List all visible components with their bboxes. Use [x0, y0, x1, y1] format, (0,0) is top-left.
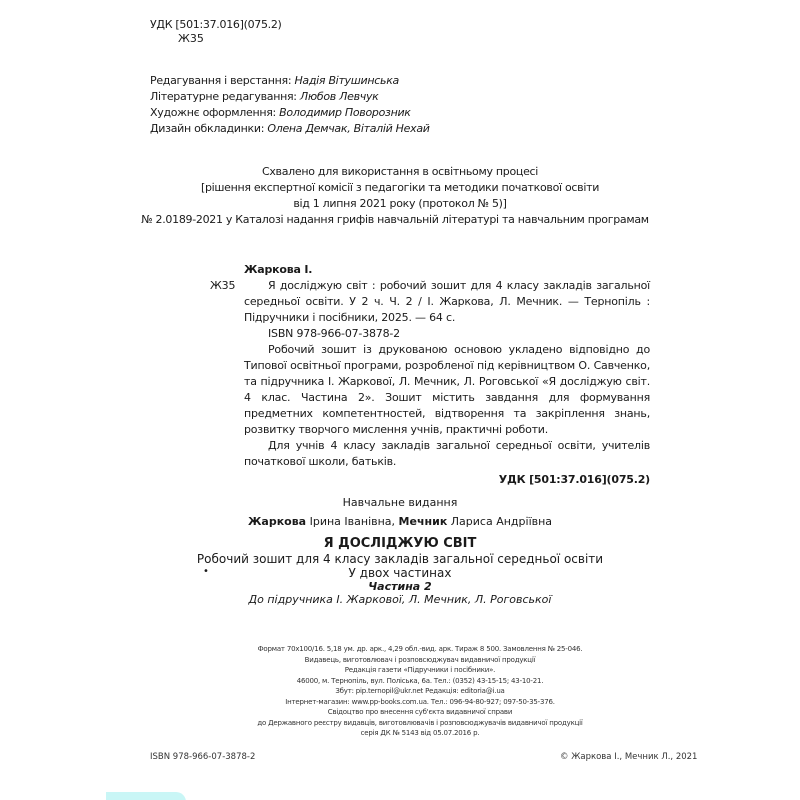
credit-role: Редагування і верстання: — [150, 74, 291, 87]
bib-audience-row: Для учнів 4 класу закладів загальної сер… — [210, 438, 650, 470]
bib-audience: Для учнів 4 класу закладів загальної сер… — [244, 438, 650, 470]
author2-name: Лариса Андріївна — [447, 515, 552, 528]
imprint-line: 46000, м. Тернопіль, вул. Поліська, 6а. … — [200, 676, 640, 687]
credit-role: Літературне редагування: — [150, 90, 297, 103]
credit-name: Володимир Поворозник — [279, 106, 410, 119]
credit-name: Надія Вітушинська — [294, 74, 399, 87]
footer-isbn: ISBN 978-966-07-3878-2 — [150, 752, 255, 762]
credit-editing: Редагування і верстання: Надія Вітушинсь… — [150, 73, 430, 89]
imprint-line: Інтернет-магазин: www.pp-books.com.ua. Т… — [200, 697, 640, 708]
imprint-line: до Державного реєстру видавців, виготовл… — [200, 718, 640, 729]
bib-annotation-row: Робочий зошит із друкованою основою укла… — [210, 342, 650, 438]
author1-name: Ірина Іванівна, — [306, 515, 398, 528]
bibliographic-record: Жаркова І. Ж35 Я досліджую світ : робочи… — [210, 262, 650, 488]
credit-role: Художнє оформлення: — [150, 106, 276, 119]
imprint-line: Збут: pip.ternopil@ukr.net Редакція: edi… — [200, 686, 640, 697]
footer-copyright: © Жаркова І., Мечник Л., 2021 — [560, 752, 697, 762]
edition-authors: Жаркова Ірина Іванівна, Мечник Лариса Ан… — [150, 515, 650, 528]
author2-surname: Мечник — [399, 515, 448, 528]
bib-udk: УДК [501:37.016](075.2) — [210, 472, 650, 488]
imprint-line: Свідоцтво про внесення суб'єкта видавнич… — [200, 707, 640, 718]
imprint-block: Формат 70x100/16. 5,18 ум. др. арк., 4,2… — [200, 644, 640, 739]
bib-author: Жаркова І. — [244, 262, 650, 278]
imprint-line: Формат 70x100/16. 5,18 ум. др. арк., 4,2… — [200, 644, 640, 655]
credit-role: Дизайн обкладинки: — [150, 122, 264, 135]
bib-isbn: ISBN 978-966-07-3878-2 — [210, 326, 650, 342]
author1-surname: Жаркова — [248, 515, 306, 528]
approval-block: Схвалено для використання в освітньому п… — [150, 164, 650, 228]
edition-kind: Навчальне видання — [150, 496, 650, 509]
edition-part: Частина 2 — [150, 580, 650, 593]
edition-parts: У двох частинах — [150, 566, 650, 580]
edition-title: Я ДОСЛІДЖУЮ СВІТ — [150, 536, 650, 551]
edition-textbook-ref: До підручника І. Жаркової, Л. Мечник, Л.… — [150, 593, 650, 606]
imprint-line: Редакція газети «Підручники і посібники»… — [200, 665, 640, 676]
credit-literary-editing: Літературне редагування: Любов Левчук — [150, 89, 430, 105]
credit-name: Любов Левчук — [300, 90, 379, 103]
bib-description-row: Ж35 Я досліджую світ : робочий зошит для… — [210, 278, 650, 326]
approval-line: від 1 липня 2021 року (протокол № 5)] — [150, 196, 650, 212]
credit-cover-design: Дизайн обкладинки: Олена Демчак, Віталій… — [150, 121, 430, 137]
bib-annotation: Робочий зошит із друкованою основою укла… — [244, 342, 650, 438]
approval-catalog-line: № 2.0189-2021 у Каталозі надання грифів … — [140, 212, 650, 228]
imprint-line: серія ДК № 5143 від 05.07.2016 р. — [200, 728, 640, 739]
approval-line: [рішення експертної комісії з педагогіки… — [150, 180, 650, 196]
bullet-mark: • — [203, 566, 209, 577]
bib-code: Ж35 — [210, 278, 235, 294]
author-code-top: Ж35 — [178, 32, 204, 45]
credits-block: Редагування і верстання: Надія Вітушинсь… — [150, 73, 430, 137]
approval-line: Схвалено для використання в освітньому п… — [150, 164, 650, 180]
udk-code-top: УДК [501:37.016](075.2) — [150, 18, 282, 31]
edition-block: Навчальне видання Жаркова Ірина Іванівна… — [150, 496, 650, 606]
bib-description: Я досліджую світ : робочий зошит для 4 к… — [244, 278, 650, 326]
imprint-line: Видавець, виготовлювач і розповсюджувач … — [200, 655, 640, 666]
credit-name: Олена Демчак, Віталій Нехай — [267, 122, 429, 135]
credit-art-design: Художнє оформлення: Володимир Поворозник — [150, 105, 430, 121]
edition-subtitle: Робочий зошит для 4 класу закладів загал… — [150, 552, 650, 566]
page-tab-decoration — [106, 792, 186, 800]
